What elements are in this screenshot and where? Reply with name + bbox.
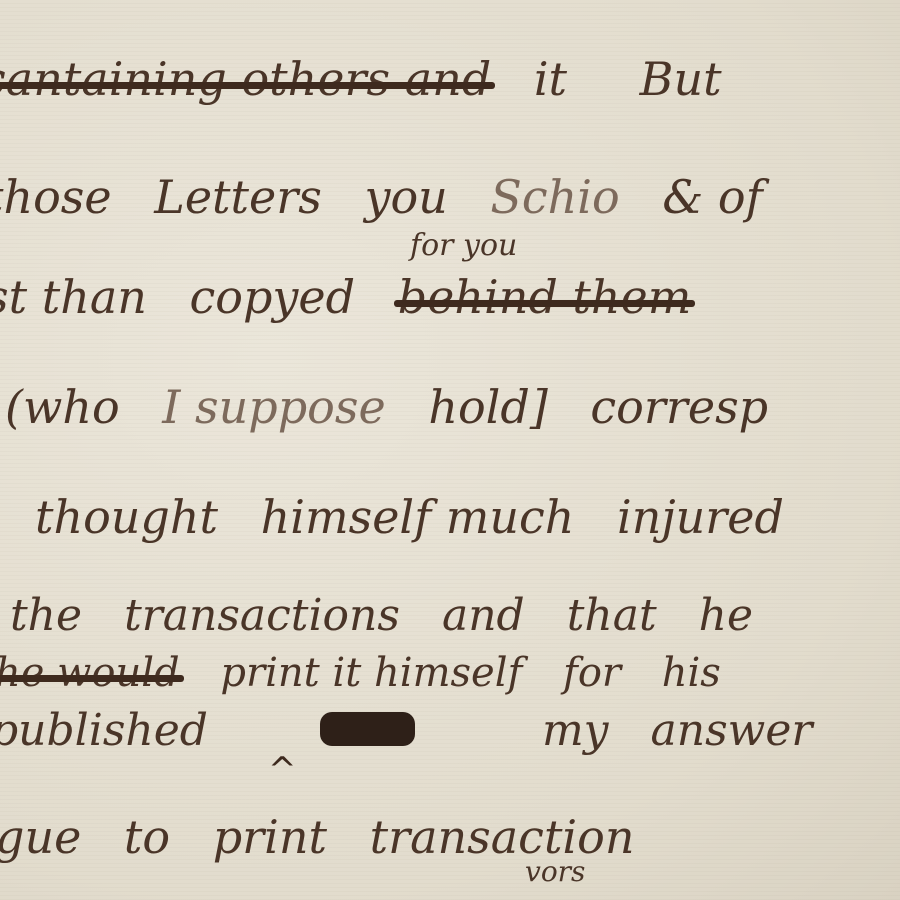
interlinear-insert: vors (525, 855, 585, 888)
line-7: he would print it himself for his (0, 650, 749, 696)
interlinear-insert: for you (410, 228, 517, 263)
word: the (10, 590, 82, 641)
word: Schio (490, 170, 619, 224)
word: and (442, 590, 525, 641)
word: that (567, 590, 657, 641)
word: to (124, 810, 170, 864)
word: copyed (190, 270, 356, 324)
word: (who (5, 380, 120, 434)
word: my (542, 705, 609, 756)
line-1: cantaining others and it But (0, 52, 750, 106)
word: for (563, 650, 621, 696)
line-6: the transactions and that he (10, 590, 781, 641)
word: those (0, 170, 112, 224)
struck-text: he would (0, 650, 180, 696)
line-8: published my answer (0, 705, 840, 756)
line-2: those Letters you Schio & of (0, 170, 791, 224)
word: injured (617, 490, 784, 544)
word: himself much (261, 490, 575, 544)
caret-mark: ^ (268, 750, 297, 790)
word: it (534, 52, 567, 106)
struck-text: cantaining others and (0, 52, 491, 106)
manuscript-page: cantaining others and it But those Lette… (0, 0, 900, 900)
word: you (364, 170, 447, 224)
word: thought (35, 490, 218, 544)
word: Letters (154, 170, 322, 224)
word: But (640, 52, 722, 106)
line-4: (who I suppose hold] corresp (5, 380, 796, 434)
word: transaction (370, 810, 635, 864)
word: answer (651, 705, 813, 756)
struck-text: behind them (398, 270, 692, 324)
word: print (213, 810, 327, 864)
word: hold] (428, 380, 547, 434)
line-3: st than copyed behind them (0, 270, 719, 324)
word: gue (0, 810, 81, 864)
word: st than (0, 270, 147, 324)
word: I suppose (162, 380, 385, 434)
word: print it himself (220, 650, 522, 696)
word: his (662, 650, 721, 696)
word: he (699, 590, 753, 641)
word: corresp (590, 380, 768, 434)
word: published (0, 705, 208, 756)
word: & of (662, 170, 762, 224)
ink-blot (320, 712, 415, 746)
word: transactions (124, 590, 400, 641)
line-5: thought himself much injured (35, 490, 812, 544)
